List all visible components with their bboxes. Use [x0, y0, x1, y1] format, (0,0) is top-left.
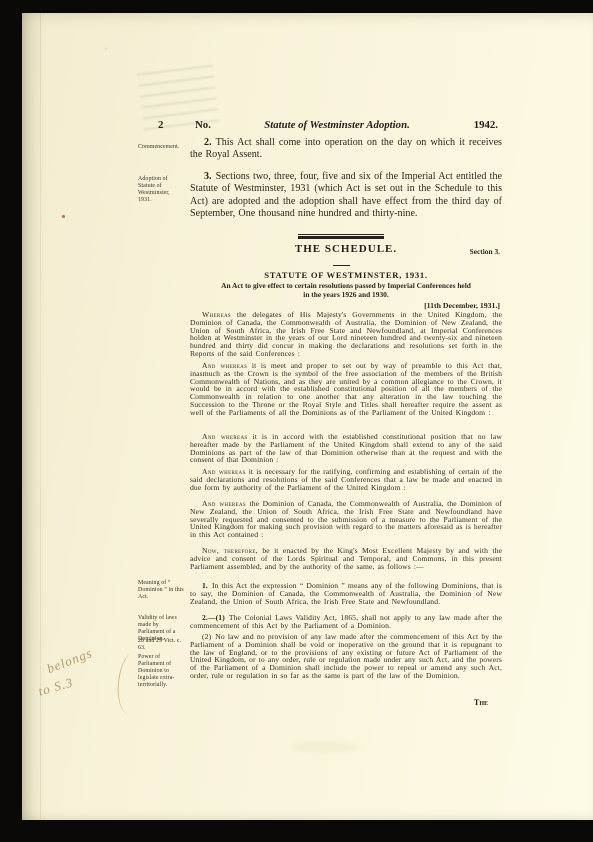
section-number: 3. [204, 171, 212, 182]
preamble-text: it is meet and proper to set out by way … [190, 361, 502, 417]
preamble-whereas-2: And whereas it is meet and proper to set… [190, 362, 502, 417]
section-text: This Act shall come into operation on th… [190, 137, 502, 160]
section-text: In this Act the expression “ Dominion ” … [190, 581, 502, 606]
section-number: 2. [204, 137, 212, 148]
preamble-enacting-clause: Now, therefore, be it enacted by the Kin… [190, 547, 502, 570]
short-rule [333, 265, 350, 266]
preamble-whereas-4: And whereas it is necessary for the rati… [190, 468, 502, 491]
margin-note-adoption: Adoption of Statute of Westminster, 1931… [138, 176, 184, 204]
margin-note-citation: 28 and 29 Vict. c. 63. [138, 638, 184, 652]
statute-date: [11th December, 1931.] [352, 301, 500, 310]
act-section-3: 3.Sections two, three, four, five and si… [190, 171, 502, 221]
preamble-whereas-5: And whereas the Dominion of Canada, the … [190, 500, 502, 539]
schedule-section-2-1: 2.—(1)The Colonial Laws Validity Act, 18… [190, 614, 502, 630]
ink-speck-mark: + [104, 45, 110, 52]
pencil-parenthesis-mark [115, 651, 148, 715]
double-rule [298, 234, 384, 239]
margin-note-meaning: Meaning of “ Dominion ” in this Act. [138, 580, 184, 601]
act-number-label: No. [195, 119, 211, 131]
margin-note-commencement: Commencement. [138, 144, 184, 151]
act-section-2: 2.This Act shall come into operation on … [190, 137, 502, 162]
page-number: 2 [158, 119, 163, 131]
document-page: + 2 No. Statute of Westminster Adoption.… [22, 13, 593, 820]
long-title-line2: in the years 1926 and 1930. [190, 291, 502, 300]
statute-long-title: An Act to give effect to certain resolut… [190, 282, 502, 300]
preamble-text: the delegates of His Majesty's Governmen… [190, 310, 502, 358]
running-title: Statute of Westminster Adoption. [222, 119, 452, 131]
handwritten-note-line1: belongs [45, 645, 95, 677]
schedule-section-1: 1.In this Act the expression “ Dominion … [190, 582, 502, 605]
preamble-whereas-3: And whereas it is in accord with the est… [190, 433, 502, 464]
red-speck [62, 215, 65, 218]
statute-title: STATUTE OF WESTMINSTER, 1931. [190, 270, 502, 280]
pencil-smudge [290, 741, 360, 753]
schedule-section-ref: Section 3. [422, 247, 500, 256]
schedule-section-2-2: (2)No law and no provision of any law ma… [190, 633, 502, 680]
section-text: The Colonial Laws Validity Act, 1865, sh… [190, 613, 502, 630]
handwritten-note-line2: to S.3 [36, 674, 75, 699]
year-label: 1942. [442, 119, 498, 131]
section-text: Sections two, three, four, five and six … [190, 171, 502, 219]
catchword: The [422, 698, 488, 707]
preamble-whereas-1: Whereas the delegates of His Majesty's G… [190, 311, 502, 358]
section-text: No law and no provision of any law made … [190, 632, 502, 680]
